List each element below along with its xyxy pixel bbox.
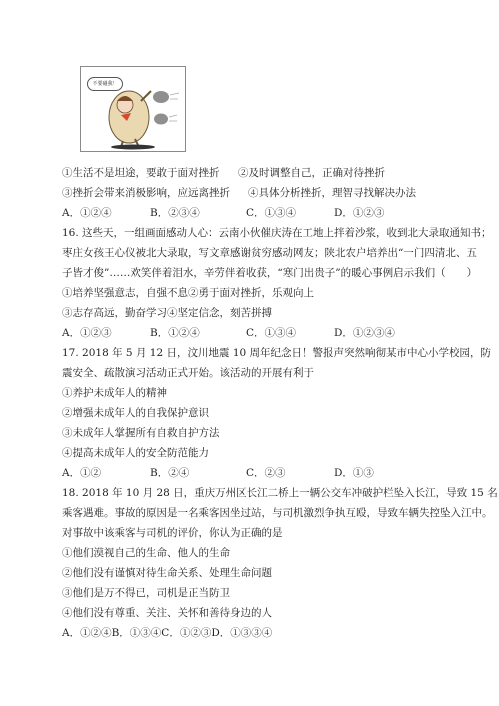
q18-statement-1: ①他们漠视自己的生命、他人的生命 [62,546,230,560]
q17-statement-3: ③未成年人掌握所有自救自护方法 [62,426,220,440]
q18-statement-3: ③他们是万不得已，司机是正当防卫 [62,586,230,600]
choice-c[interactable]: C．①③④ [246,326,296,340]
choice-c[interactable]: C．②③ [246,466,286,480]
choice-a[interactable]: A．①②③ [62,326,112,340]
choice-b[interactable]: B．②④ [150,466,189,480]
q16-stem-line-1: 16. 这些天，一组画面感动人心：云南小伙催庆涛在工地上拌着沙浆，收到北大录取通… [62,226,492,240]
q15-option-1: ①生活不是坦途，要敢于面对挫折 [62,166,220,180]
choice-a[interactable]: A．①②④ [62,206,112,220]
q18-choices[interactable]: A．①②④B．①③④C．①②③D．①③③④ [62,626,272,640]
choice-a[interactable]: A．①② [62,466,101,480]
q18-stem-line-1: 18. 2018 年 10 月 28 日，重庆万州区长江二桥上一辆公交车冲破护栏… [62,486,498,500]
q17-statement-4: ④提高未成年人的安全防范能力 [62,446,209,460]
q18-statement-4: ④他们没有尊重、关注、关怀和善待身边的人 [62,606,272,620]
q16-statement-1: ①培养坚强意志，自强不息②勇于面对挫折，乐观向上 [62,286,314,300]
q16-stem-line-3: 子皆才俊”……欢笑伴着泪水，辛劳伴着收获，“寒门出贵子”的暖心事例启示我们（ ） [62,266,477,280]
q18-stem-line-3: 对事故中该乘客与司机的评价，你认为正确的是 [62,526,283,540]
q17-stem-line-1: 17. 2018 年 5 月 12 日，汶川地震 10 周年纪念日！警报声突然响… [62,346,491,360]
choice-d[interactable]: D．①②③④ [334,326,395,340]
choice-d[interactable]: D．①③ [334,466,374,480]
cartoon-egg-icon [81,67,185,151]
q16-stem-line-2: 枣庄女孩王心仪被北大录取，写文章感谢贫穷感动网友；陕北农户培养出“一门四清北、五 [62,246,477,260]
choice-d[interactable]: D．①②③ [334,206,384,220]
q15-option-4: ④具体分析挫折，理智寻找解决办法 [248,186,416,200]
q17-statement-2: ②增强未成年人的自我保护意识 [62,406,209,420]
cartoon-figure: 不要碰我！ [80,66,186,152]
choice-b[interactable]: B．②③④ [150,206,200,220]
q15-option-3: ③挫折会带来消极影响，应远离挫折 [62,186,230,200]
q17-statement-1: ①养护未成年人的精神 [62,386,167,400]
choice-b[interactable]: B．①②④ [150,326,200,340]
q18-statement-2: ②他们没有谨慎对待生命关系、处理生命问题 [62,566,272,580]
q15-option-2: ②及时调整自己，正确对待挫折 [238,166,385,180]
q16-statement-2: ③志存高远，勤奋学习④坚定信念，刻苦拼搏 [62,306,272,320]
choice-c[interactable]: C．①③④ [246,206,296,220]
q17-stem-line-2: 震安全、疏散演习活动正式开始。该活动的开展有利于 [62,366,314,380]
q18-stem-line-2: 乘客遇难。事故的原因是一名乘客因坐过站，与司机激烈争执互殴，导致车辆失控坠入江中… [62,506,493,520]
